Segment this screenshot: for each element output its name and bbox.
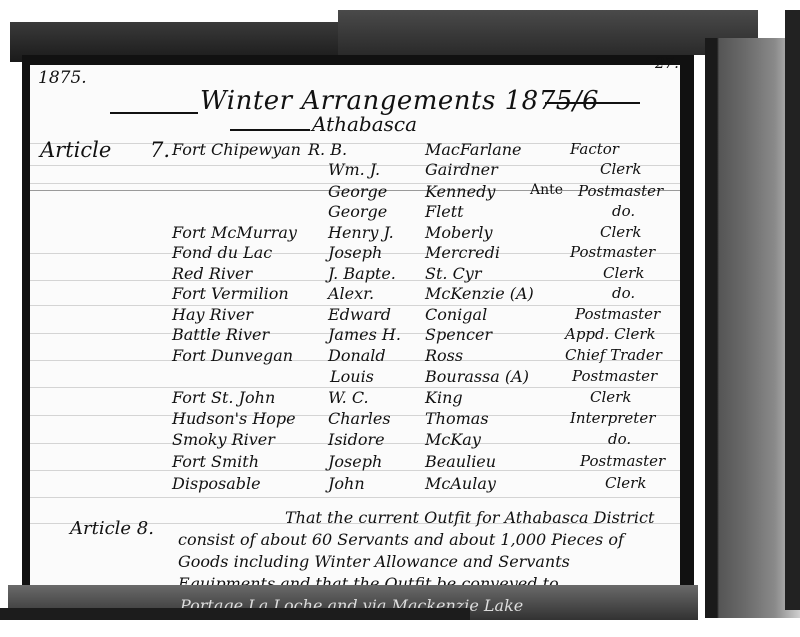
article-8-line: consist of about 60 Servants and about 1…: [178, 530, 624, 549]
surname: McAulay: [425, 474, 496, 493]
position: Interpreter: [570, 409, 655, 427]
position: Postmaster: [580, 452, 665, 470]
post-name: Fort St. John: [172, 388, 275, 407]
position: Postmaster: [578, 182, 663, 200]
article-8-label: Article 8.: [70, 518, 154, 539]
position: Postmaster: [575, 305, 660, 323]
post-name: Hudson's Hope: [172, 409, 296, 428]
surname: Gairdner: [425, 160, 498, 179]
surname: Ross: [425, 346, 463, 365]
surname: Beaulieu: [425, 452, 496, 471]
post-name: Fort Smith: [172, 452, 259, 471]
first-name: J. Bapte.: [328, 264, 396, 283]
article-8-line: Goods including Winter Allowance and Ser…: [178, 552, 570, 571]
post-name: Battle River: [172, 325, 269, 344]
post-name: Fort Dunvegan: [172, 346, 293, 365]
first-name: George: [328, 182, 387, 201]
post-name: Fort McMurray: [172, 223, 297, 242]
position: do.: [612, 202, 635, 220]
post-name: Red River: [172, 264, 252, 283]
district-underline: [230, 129, 310, 131]
surname: Spencer: [425, 325, 492, 344]
position: Clerk: [590, 388, 631, 406]
page-number: 27.: [655, 54, 679, 72]
first-name: Louis: [330, 367, 374, 386]
surname: Thomas: [425, 409, 489, 428]
surname: Flett: [425, 202, 464, 221]
scan-shadow-top-right: [338, 10, 758, 55]
surname: Bourassa (A): [425, 367, 529, 386]
first-name: Henry J.: [328, 223, 394, 242]
position: Clerk: [600, 160, 641, 178]
first-name: Alexr.: [328, 284, 374, 303]
first-name: Donald: [328, 346, 386, 365]
post-name: Smoky River: [172, 430, 275, 449]
article-7-label: Article: [40, 138, 111, 162]
surname: McKenzie (A): [425, 284, 534, 303]
post-name: Fort Vermilion: [172, 284, 289, 303]
first-name: Wm. J.: [328, 160, 380, 179]
post-name: Disposable: [172, 474, 261, 493]
surname: Moberly: [425, 223, 493, 242]
surname: Mercredi: [425, 243, 500, 262]
position: Chief Trader: [565, 346, 662, 364]
first-name: W. C.: [328, 388, 369, 407]
position: Factor: [570, 140, 619, 158]
post-name: Hay River: [172, 305, 253, 324]
title-underline-right: [545, 102, 640, 104]
scan-edge-right: [785, 10, 800, 610]
first-name: R. B.: [308, 140, 347, 159]
position: Postmaster: [572, 367, 657, 385]
title-underline-left: [110, 112, 198, 114]
article-8-line: That the current Outfit for Athabasca Di…: [285, 508, 654, 527]
position: Postmaster: [570, 243, 655, 261]
surname: McKay: [425, 430, 481, 449]
position: Appd. Clerk: [565, 325, 656, 343]
position: do.: [608, 430, 631, 448]
position: Clerk: [603, 264, 644, 282]
surname: MacFarlane: [425, 140, 522, 159]
year-mark: 1875.: [38, 68, 87, 88]
first-name: John: [328, 474, 365, 493]
post-name: Fond du Lac: [172, 243, 272, 262]
position: do.: [612, 284, 635, 302]
position: Clerk: [605, 474, 646, 492]
first-name: George: [328, 202, 387, 221]
first-name: Isidore: [328, 430, 385, 449]
surname: Kennedy: [425, 182, 495, 201]
note: Ante: [530, 182, 563, 198]
scanned-document: 1875. 27. Winter Arrangements 1875/6 Ath…: [0, 0, 800, 637]
surname: St. Cyr: [425, 264, 482, 283]
surname: King: [425, 388, 463, 407]
surname: Conigal: [425, 305, 487, 324]
first-name: Edward: [328, 305, 391, 324]
position: Clerk: [600, 223, 641, 241]
post-name: Fort Chipewyan: [172, 140, 301, 159]
scan-margin-bottom: [0, 620, 800, 637]
first-name: Joseph: [328, 243, 382, 262]
first-name: Joseph: [328, 452, 382, 471]
first-name: James H.: [328, 325, 401, 344]
district-heading: Athabasca: [312, 112, 417, 136]
article-7-number: 7.: [150, 138, 170, 162]
first-name: Charles: [328, 409, 391, 428]
